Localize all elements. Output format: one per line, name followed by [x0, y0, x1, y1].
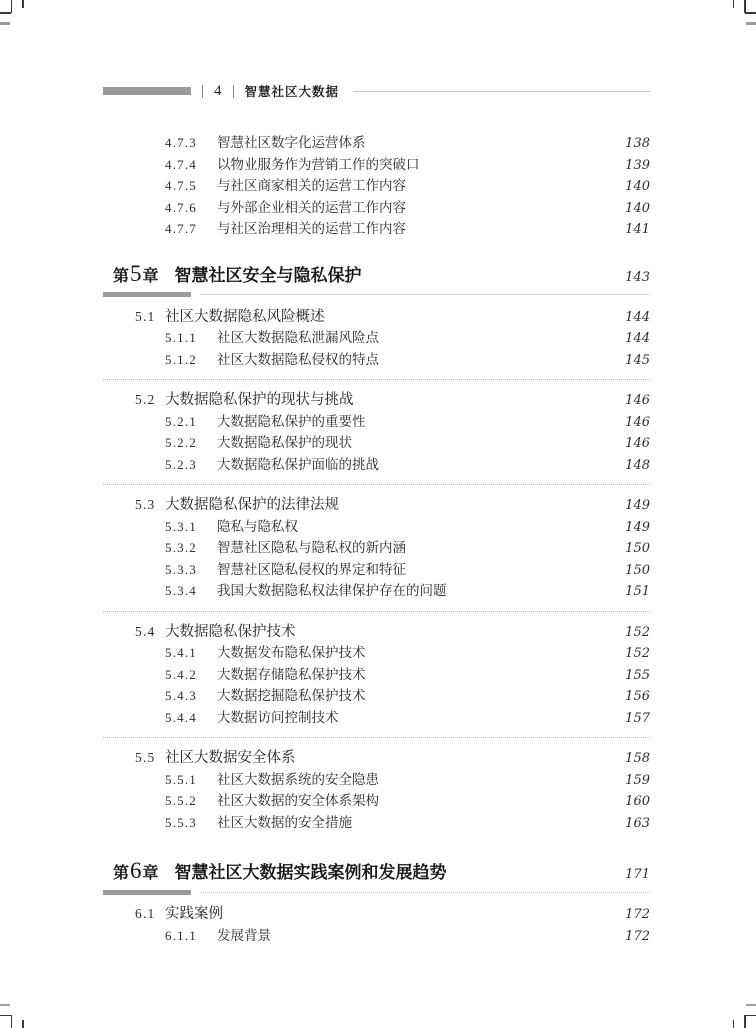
toc-entry: 6.1 实践案例 172: [103, 903, 650, 925]
entry-page: 144: [625, 307, 650, 329]
entry-page: 146: [625, 433, 650, 455]
chapter-title: 智慧社区安全与隐私保护: [175, 261, 626, 286]
entry-number: 5.1.1: [165, 327, 217, 349]
entry-number: 5.4: [135, 621, 165, 643]
entry-title: 发展背景: [217, 925, 625, 947]
chapter-sections: 6.1 实践案例 172 6.1.1 发展背景 172: [103, 903, 650, 955]
chapter-dotted-rule: [201, 294, 650, 295]
chapter-rule: [103, 292, 650, 298]
chapter-label: 第5章: [113, 261, 159, 287]
toc-section-5-2: 5.2 大数据隐私保护的现状与挑战 146 5.2.1 大数据隐私保护的重要性 …: [103, 379, 650, 484]
header-divider: [233, 85, 234, 98]
toc-entry: 4.7.5 与社区商家相关的运营工作内容 140: [103, 175, 650, 197]
entry-page: 138: [625, 133, 650, 155]
toc-chapter-6: 第6章 智慧社区大数据实践案例和发展趋势 171 6.1 实践案例 172 6.…: [103, 858, 650, 955]
entry-title: 智慧社区隐私侵权的界定和特征: [217, 559, 625, 581]
entry-title: 社区大数据隐私泄漏风险点: [217, 327, 625, 349]
entry-title: 与社区治理相关的运营工作内容: [217, 218, 625, 240]
entry-page: 158: [625, 748, 650, 770]
entry-number: 4.7.5: [165, 175, 217, 197]
toc-entry: 5.4.2 大数据存储隐私保护技术 155: [103, 664, 650, 686]
chapter-page: 143: [625, 270, 650, 285]
chapter-number: 5: [129, 261, 143, 286]
entry-number: 5.3.1: [165, 516, 217, 538]
entry-page: 144: [625, 328, 650, 350]
toc-entry: 4.7.7 与社区治理相关的运营工作内容 141: [103, 218, 650, 240]
chapter-accent-bar: [103, 292, 191, 297]
entry-title: 大数据挖掘隐私保护技术: [217, 685, 625, 707]
chapter-prefix: 第: [113, 268, 129, 285]
header-page-number: 4: [214, 83, 222, 100]
chapter-rule: [103, 889, 650, 895]
entry-number: 5.4.2: [165, 664, 217, 686]
toc-entry: 5.5.2 社区大数据的安全体系架构 160: [103, 790, 650, 812]
entry-title: 智慧社区数字化运营体系: [217, 132, 625, 154]
toc-entry: 5.5.1 社区大数据系统的安全隐患 159: [103, 769, 650, 791]
header-rule: [353, 91, 650, 92]
toc-section-5-3: 5.3 大数据隐私保护的法律法规 149 5.3.1 隐私与隐私权 149 5.…: [103, 484, 650, 611]
entry-title: 大数据隐私保护的法律法规: [165, 495, 625, 517]
entry-number: 5.2.1: [165, 411, 217, 433]
toc-entry: 5.4.1 大数据发布隐私保护技术 152: [103, 642, 650, 664]
toc-entry: 5.5 社区大数据安全体系 158: [103, 747, 650, 769]
entry-number: 6.1.1: [165, 925, 217, 947]
toc-entry: 5.1 社区大数据隐私风险概述 144: [103, 306, 650, 328]
entry-number: 5.4.4: [165, 707, 217, 729]
toc-entry: 5.2.1 大数据隐私保护的重要性 146: [103, 411, 650, 433]
entry-page: 146: [625, 390, 650, 412]
toc-entry: 5.1.1 社区大数据隐私泄漏风险点 144: [103, 327, 650, 349]
entry-title: 社区大数据系统的安全隐患: [217, 769, 625, 791]
entry-number: 4.7.4: [165, 154, 217, 176]
entry-title: 隐私与隐私权: [217, 516, 625, 538]
toc-entry: 5.4.4 大数据访问控制技术 157: [103, 707, 650, 729]
entry-title: 社区大数据隐私侵权的特点: [217, 349, 625, 371]
entry-title: 大数据访问控制技术: [217, 707, 625, 729]
header-book-title: 智慧社区大数据: [245, 82, 340, 100]
entry-title: 大数据存储隐私保护技术: [217, 664, 625, 686]
entry-number: 5.3.4: [165, 580, 217, 602]
page-content: 4 智慧社区大数据 4.7.3 智慧社区数字化运营体系 138 4.7.4 以物…: [103, 0, 650, 955]
entry-title: 社区大数据隐私风险概述: [165, 307, 625, 329]
chapter-suffix: 章: [143, 865, 159, 882]
entry-number: 5.1.2: [165, 349, 217, 371]
toc-entry: 5.1.2 社区大数据隐私侵权的特点 145: [103, 349, 650, 371]
entry-number: 5.3: [135, 494, 165, 516]
entry-page: 152: [625, 643, 650, 665]
chapter-page: 171: [625, 867, 650, 882]
toc-entry: 5.2.3 大数据隐私保护面临的挑战 148: [103, 454, 650, 476]
chapter-sections: 5.1 社区大数据隐私风险概述 144 5.1.1 社区大数据隐私泄漏风险点 1…: [103, 306, 650, 843]
entry-number: 5.5: [135, 747, 165, 769]
entry-page: 141: [625, 219, 650, 241]
entry-title: 社区大数据的安全措施: [217, 812, 625, 834]
header-divider: [202, 85, 203, 98]
entry-title: 以物业服务作为营销工作的突破口: [217, 154, 625, 176]
entry-title: 大数据发布隐私保护技术: [217, 642, 625, 664]
entry-page: 149: [625, 495, 650, 517]
entry-number: 5.5.1: [165, 769, 217, 791]
toc-section-6-1: 6.1 实践案例 172 6.1.1 发展背景 172: [103, 903, 650, 955]
entry-page: 151: [625, 581, 650, 603]
entry-page: 149: [625, 517, 650, 539]
toc-leading-entries: 4.7.3 智慧社区数字化运营体系 138 4.7.4 以物业服务作为营销工作的…: [103, 132, 650, 240]
chapter-dotted-rule: [201, 892, 650, 893]
entry-number: 5.2: [135, 389, 165, 411]
toc-entry: 4.7.6 与外部企业相关的运营工作内容 140: [103, 197, 650, 219]
entry-number: 5.4.1: [165, 642, 217, 664]
toc-entry: 5.3.1 隐私与隐私权 149: [103, 516, 650, 538]
toc-entry: 4.7.3 智慧社区数字化运营体系 138: [103, 132, 650, 154]
entry-page: 156: [625, 686, 650, 708]
toc-section-5-1: 5.1 社区大数据隐私风险概述 144 5.1.1 社区大数据隐私泄漏风险点 1…: [103, 306, 650, 380]
entry-page: 157: [625, 708, 650, 730]
toc-section-5-5: 5.5 社区大数据安全体系 158 5.5.1 社区大数据系统的安全隐患 159…: [103, 737, 650, 842]
toc-entry: 5.4.3 大数据挖掘隐私保护技术 156: [103, 685, 650, 707]
entry-page: 160: [625, 791, 650, 813]
entry-page: 146: [625, 412, 650, 434]
running-header: 4 智慧社区大数据: [103, 84, 650, 98]
chapter-accent-bar: [103, 890, 191, 895]
entry-title: 我国大数据隐私权法律保护存在的问题: [217, 580, 625, 602]
chapter-title: 智慧社区大数据实践案例和发展趋势: [175, 858, 626, 883]
entry-page: 172: [625, 926, 650, 948]
entry-page: 163: [625, 813, 650, 835]
toc-entry: 5.3.3 智慧社区隐私侵权的界定和特征 150: [103, 559, 650, 581]
entry-title: 社区大数据的安全体系架构: [217, 790, 625, 812]
toc-section-5-4: 5.4 大数据隐私保护技术 152 5.4.1 大数据发布隐私保护技术 152 …: [103, 611, 650, 738]
entry-page: 140: [625, 176, 650, 198]
entry-title: 与外部企业相关的运营工作内容: [217, 197, 625, 219]
entry-number: 5.5.2: [165, 790, 217, 812]
entry-number: 5.4.3: [165, 685, 217, 707]
entry-number: 5.3.2: [165, 537, 217, 559]
entry-number: 6.1: [135, 903, 165, 925]
chapter-heading: 第5章 智慧社区安全与隐私保护 143: [103, 261, 650, 289]
toc-entry: 5.3 大数据隐私保护的法律法规 149: [103, 494, 650, 516]
entry-title: 大数据隐私保护技术: [165, 622, 625, 644]
entry-page: 152: [625, 622, 650, 644]
entry-page: 140: [625, 198, 650, 220]
entry-number: 5.1: [135, 306, 165, 328]
toc-entry: 5.5.3 社区大数据的安全措施 163: [103, 812, 650, 834]
header-accent-bar: [103, 87, 191, 95]
entry-title: 社区大数据安全体系: [165, 748, 625, 770]
entry-title: 与社区商家相关的运营工作内容: [217, 175, 625, 197]
entry-page: 145: [625, 350, 650, 372]
entry-title: 大数据隐私保护面临的挑战: [217, 454, 625, 476]
entry-page: 172: [625, 904, 650, 926]
chapter-suffix: 章: [143, 268, 159, 285]
entry-number: 5.5.3: [165, 812, 217, 834]
entry-number: 4.7.7: [165, 218, 217, 240]
entry-number: 4.7.6: [165, 197, 217, 219]
toc-entry: 5.3.4 我国大数据隐私权法律保护存在的问题 151: [103, 580, 650, 602]
entry-page: 159: [625, 770, 650, 792]
toc-entry: 6.1.1 发展背景 172: [103, 925, 650, 947]
entry-title: 大数据隐私保护的重要性: [217, 411, 625, 433]
entry-title: 智慧社区隐私与隐私权的新内涵: [217, 537, 625, 559]
toc-entry: 5.2 大数据隐私保护的现状与挑战 146: [103, 389, 650, 411]
toc-entry: 5.2.2 大数据隐私保护的现状 146: [103, 432, 650, 454]
book-toc-page: { "colors": { "accent_bar": "#9b9b9b", "…: [0, 0, 756, 1028]
toc-chapter-5: 第5章 智慧社区安全与隐私保护 143 5.1 社区大数据隐私风险概述 144 …: [103, 261, 650, 843]
entry-page: 150: [625, 538, 650, 560]
entry-title: 大数据隐私保护的现状: [217, 432, 625, 454]
entry-page: 148: [625, 455, 650, 477]
entry-title: 大数据隐私保护的现状与挑战: [165, 390, 625, 412]
entry-page: 155: [625, 665, 650, 687]
toc-entry: 5.4 大数据隐私保护技术 152: [103, 621, 650, 643]
toc-entry: 4.7.4 以物业服务作为营销工作的突破口 139: [103, 154, 650, 176]
chapter-label: 第6章: [113, 858, 159, 884]
entry-title: 实践案例: [165, 904, 625, 926]
entry-number: 5.2.2: [165, 432, 217, 454]
toc-entry: 5.3.2 智慧社区隐私与隐私权的新内涵 150: [103, 537, 650, 559]
chapter-number: 6: [129, 858, 143, 883]
entry-page: 139: [625, 155, 650, 177]
entry-page: 150: [625, 560, 650, 582]
chapter-prefix: 第: [113, 865, 129, 882]
entry-number: 5.2.3: [165, 454, 217, 476]
entry-number: 4.7.3: [165, 132, 217, 154]
chapter-heading: 第6章 智慧社区大数据实践案例和发展趋势 171: [103, 858, 650, 886]
entry-number: 5.3.3: [165, 559, 217, 581]
